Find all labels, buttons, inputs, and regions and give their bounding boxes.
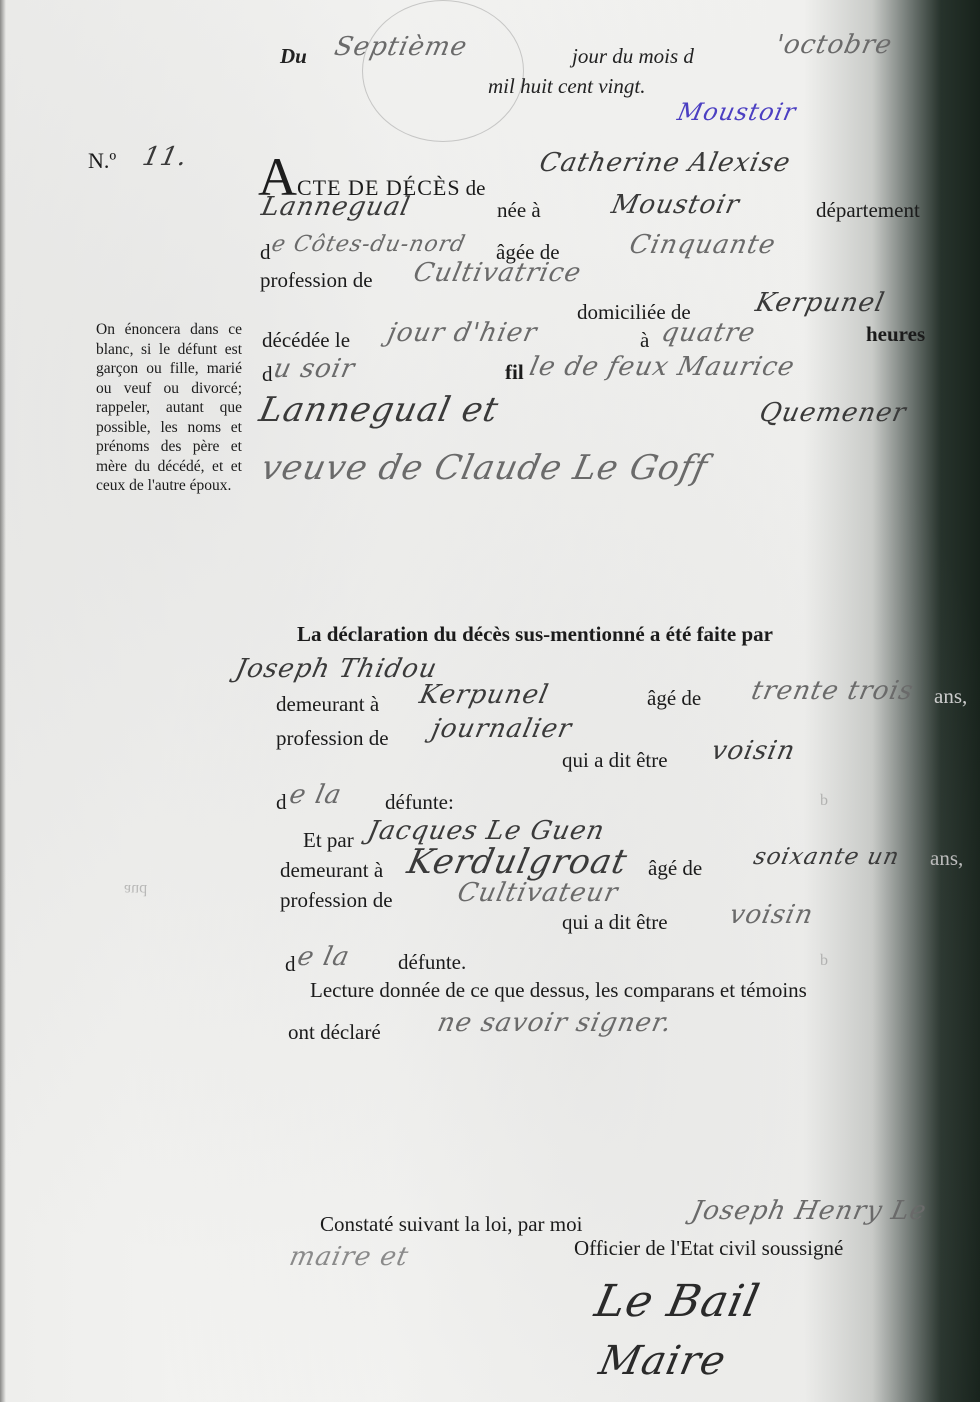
parents-line-2: Lannegual et: [256, 390, 503, 430]
declaration-intro: La déclaration du décès sus-mentionné a …: [297, 622, 773, 647]
record-number-label: N.º: [88, 148, 116, 174]
declarant2-relation-label: qui a dit être: [562, 910, 668, 935]
bleedthrough-text: b: [820, 792, 828, 810]
mayor-signature: Le Bail: [591, 1276, 765, 1327]
hour: quatre: [659, 318, 759, 348]
declarant2-profession-label: profession de: [280, 888, 393, 913]
reading-line-1: Lecture donnée de ce que dessus, les com…: [310, 978, 807, 1003]
hour-prefix: à: [640, 328, 649, 353]
profession: Cultivatrice: [411, 258, 584, 288]
officer-name: Joseph Henry Le: [689, 1196, 930, 1226]
title-de: de: [466, 176, 486, 200]
declarant1-age-suffix: ans,: [934, 684, 967, 709]
profession-label: profession de: [260, 268, 373, 293]
declarant1-age: trente trois: [749, 676, 917, 706]
year-printed: mil huit cent vingt.: [488, 74, 645, 99]
deceased-first-names: Catherine Alexise: [537, 148, 794, 178]
declarant1-profession-label: profession de: [276, 726, 389, 751]
bleedthrough-text: aud: [124, 880, 147, 898]
record-number: 11.: [140, 142, 191, 172]
departement-label: département: [816, 198, 920, 223]
fil-label: fil: [505, 360, 524, 385]
declarant2-defunt-label: défunte.: [398, 950, 466, 975]
month-label: jour du mois d: [572, 44, 694, 69]
faded-seal-stamp: [362, 0, 524, 142]
declarant2-age: soixante un: [751, 844, 902, 870]
age: Cinquante: [627, 230, 779, 260]
declarant2-age-label: âgé de: [648, 856, 702, 881]
declarant2-of-prefix: d: [285, 952, 296, 977]
month-handwritten: 'octobre: [773, 30, 895, 60]
declarant1-defunt-label: défunte:: [385, 790, 454, 815]
declarant1-of-prefix: d: [276, 790, 287, 815]
declarant2-profession: Cultivateur: [455, 878, 621, 908]
declarant2-age-suffix: ans,: [930, 846, 963, 871]
born-label: née à: [497, 198, 541, 223]
officer-title-hand: maire et: [287, 1242, 412, 1272]
day-handwritten: Septième: [332, 32, 470, 62]
birthplace: Moustoir: [609, 190, 743, 220]
spouse-line: veuve de Claude Le Goff: [258, 448, 712, 488]
declarant1-residence-label: demeurant à: [276, 692, 379, 717]
declarant1-relation-label: qui a dit être: [562, 748, 668, 773]
attestation-line-2: Officier de l'Etat civil soussigné: [574, 1236, 843, 1261]
deceased-date: jour d'hier: [385, 318, 540, 348]
margin-instruction-note: On énoncera dans ce blanc, si le défunt …: [96, 320, 242, 496]
domicile: Kerpunel: [753, 288, 888, 318]
declarant2-relation: voisin: [727, 900, 816, 930]
departement-prefix: d: [260, 240, 271, 265]
declarant1-relation: voisin: [709, 736, 798, 766]
parents-line-1: le de feux Maurice: [527, 352, 798, 382]
declarant1-name: Joseph Thidou: [233, 654, 440, 684]
page-edge-shadow: [0, 0, 6, 1402]
declarant2-of-hand: e la: [295, 942, 353, 972]
deceased-date-label: décédée le: [262, 328, 350, 353]
blue-annotation: Moustoir: [675, 98, 799, 126]
reading-line-2-label: ont déclaré: [288, 1020, 381, 1045]
mayor-signature-title: Maire: [595, 1338, 730, 1384]
declarant1-residence: Kerpunel: [417, 680, 552, 710]
parents-line-3: Quemener: [757, 398, 909, 428]
declarant1-age-label: âgé de: [647, 686, 701, 711]
departement: e Côtes-du-nord: [269, 232, 468, 257]
declarant2-residence: Kerdulgroat: [404, 842, 631, 882]
declarant2-intro: Et par: [303, 828, 354, 853]
day-prefix: Du: [280, 44, 307, 69]
hour-label: heures: [866, 322, 925, 347]
bleedthrough-text: b: [820, 952, 828, 970]
time-of-day: u soir: [271, 354, 358, 384]
reading-line-2-hand: ne savoir signer.: [435, 1008, 675, 1038]
deceased-surname: Lannegual: [259, 192, 413, 222]
declarant2-residence-label: demeurant à: [280, 858, 383, 883]
declarant1-profession: journalier: [429, 714, 575, 744]
attestation-line-1: Constaté suivant la loi, par moi: [320, 1212, 582, 1237]
declarant1-of-hand: e la: [287, 780, 345, 810]
